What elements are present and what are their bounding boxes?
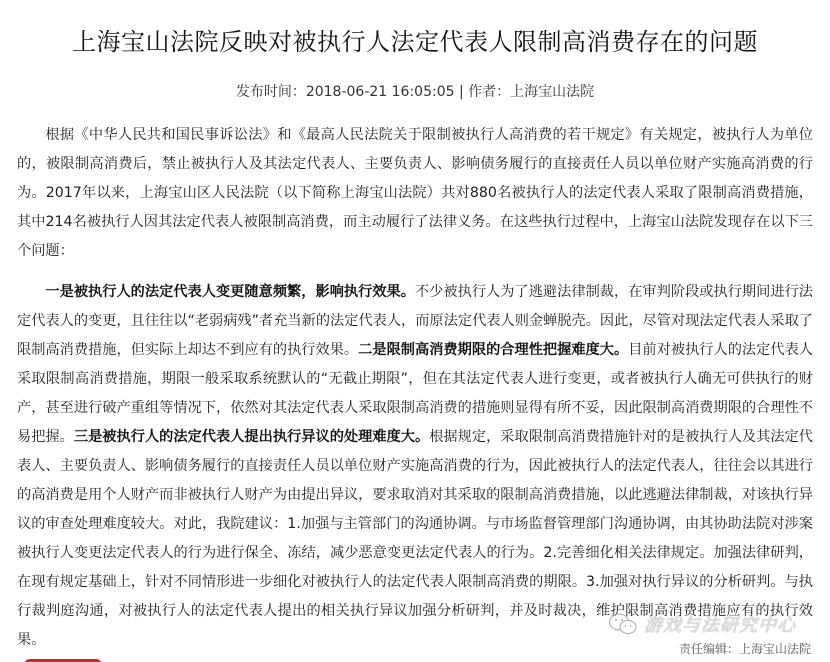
watermark: 游戏与法研究中心 bbox=[608, 611, 796, 637]
article-title: 上海宝山法院反映对被执行人法定代表人限制高消费存在的问题 bbox=[0, 24, 830, 60]
problem-heading-1: 一是被执行人的法定代表人变更随意频繁，影响执行效果。 bbox=[45, 284, 415, 300]
published-time: 2018-06-21 16:05:05 bbox=[306, 84, 455, 100]
published-label: 发布时间： bbox=[236, 84, 306, 100]
author-name: 上海宝山法院 bbox=[510, 84, 594, 100]
watermark-text: 游戏与法研究中心 bbox=[644, 611, 796, 637]
author-label: 作者： bbox=[468, 84, 510, 100]
wechat-icon bbox=[608, 612, 638, 636]
responsible-editor: 责任编辑：上海宝山法院 bbox=[679, 640, 811, 658]
paragraph-problems: 一是被执行人的法定代表人变更随意频繁，影响执行效果。不少被执行人为了逃避法律制裁… bbox=[17, 278, 813, 655]
editor-name: 上海宝山法院 bbox=[739, 642, 811, 656]
problem-heading-3: 三是被执行人的法定代表人提出执行异议的处理难度大。 bbox=[74, 429, 429, 445]
meta-separator: | bbox=[455, 84, 469, 100]
editor-label: 责任编辑： bbox=[679, 642, 739, 656]
problem-heading-2: 二是限制高消费期限的合理性把握难度大。 bbox=[358, 342, 628, 358]
paragraph-intro: 根据《中华人民共和国民事诉讼法》和《最高人民法院关于限制被执行人高消费的若干规定… bbox=[17, 121, 813, 266]
article-body: 根据《中华人民共和国民事诉讼法》和《最高人民法院关于限制被执行人高消费的若干规定… bbox=[17, 121, 813, 655]
article-meta: 发布时间：2018-06-21 16:05:05 | 作者：上海宝山法院 bbox=[0, 81, 830, 103]
